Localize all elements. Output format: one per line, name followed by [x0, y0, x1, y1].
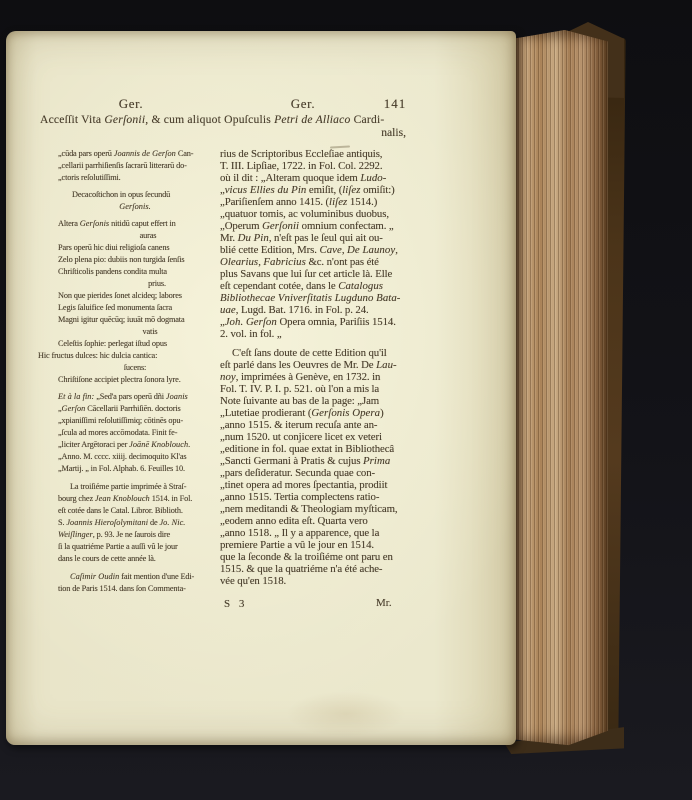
text-line: Decacoſtichon in opus ſecundū [72, 189, 212, 201]
text-line: Chriſticolis pandens condita multa [58, 266, 212, 278]
text-line: Legis ſaluifice ſed monumenta ſacra [58, 302, 212, 314]
text-line: Et à la fin: „Sed'a pars operū dñi Joani… [58, 391, 212, 403]
page-number: 141 [368, 96, 422, 112]
text-line: „Sancti Germani à Pratis & cujus Prima [220, 455, 462, 467]
running-header-left: Ger. [100, 96, 162, 112]
text-line: dans le cours de cette année là. [58, 553, 212, 565]
text-line: 2. vol. in fol. „ [220, 328, 462, 340]
text-line: T. III. Lipſiae, 1722. in Fol. Col. 2292… [220, 160, 462, 172]
scanned-book-photo: Ger. Ger. 141 Acceſſit Vita Gerſonii, & … [0, 0, 692, 800]
text-line: Fol. T. IV. P. I. p. 521. où l'on a mis … [220, 383, 462, 395]
running-header-right: Ger. [272, 96, 334, 112]
text-line: „xpianiſſimi reſolutiſſimiq; cōtinēs opu… [58, 415, 212, 427]
text-line: Olearius, Fabricius &c. n'ont pas été [220, 256, 462, 268]
book-fore-edge-pages [514, 30, 608, 748]
text-line: où il dit : „Alteram quoque idem Ludo- [220, 172, 462, 184]
text-line: eſt cotée dans le Catal. Libror. Bibliot… [58, 505, 212, 517]
text-line: S. Joannis Hieroſolymitani de Jo. Nic. [58, 517, 212, 529]
text-line: auras [84, 230, 212, 242]
text-line: noy, imprimées à Genève, en 1732. in [220, 371, 462, 383]
text-line: „eodem anno edita eſt. Quarta vero [220, 515, 462, 527]
text-line: bourg chez Jean Knoblouch 1514. in Fol. [58, 493, 212, 505]
left-column: „cūda pars operū Joannis de Gerſon Can-„… [58, 148, 212, 595]
text-line: blié cette Edition, Mrs. Cave, De Launoy… [220, 244, 462, 256]
text-line: „Lutetiae prodierant (Gerſonis Opera) [220, 407, 462, 419]
text-line: premiere Partie a vû le jour en 1514. [220, 539, 462, 551]
text-line: Note ſuivante au bas de la page: „Jam [220, 395, 462, 407]
text-line: Mr. Du Pin, n'eſt pas le ſeul qui ait ou… [220, 232, 462, 244]
text-line: „ſcula ad mores accōmodata. Finit fe- [58, 427, 212, 439]
text-line: Zelo plena pio: dubiis non turgida ſenſi… [58, 254, 212, 266]
text-line: „quatuor tomis, ac voluminibus duobus, [220, 208, 462, 220]
right-column: rius de Scriptoribus Eccleſiae antiquis,… [220, 148, 462, 587]
text-line: eſt cependant cotée, dans le Catalogus [220, 280, 462, 292]
text-line: „vicus Ellies du Pin emiſit, (liſez omiſ… [220, 184, 462, 196]
text-line: „cūda pars operū Joannis de Gerſon Can- [58, 148, 212, 160]
text-line: C'eſt ſans doute de cette Edition qu'il [232, 347, 462, 359]
text-line: 1515. & que la quatriéme n'a été ache- [220, 563, 462, 575]
text-line: „anno 1518. „ Il y a apparence, que la [220, 527, 462, 539]
text-line: „cellarii parrhiſienſis ſacrarū litterar… [58, 160, 212, 172]
text-line: ſucens: [58, 362, 212, 374]
text-line: Magni igitur quēcūq; iuuāt mō dogmata [58, 314, 212, 326]
text-line: „ctoris reſolutiſſimi. [58, 172, 212, 184]
text-line: Hic fructus dulces: hic dulcia cantica: [38, 350, 212, 362]
text-line: uae, Lugd. Bat. 1716. in Fol. p. 24. [220, 304, 462, 316]
text-line: Chriſtiſone accipiet plectra ſonora lyre… [58, 374, 212, 386]
paper-stain [286, 691, 406, 737]
text-line: Bibliothecae Vniverſitatis Lugduno Bata- [220, 292, 462, 304]
text-line: Celeſtis ſophie: perlegat iſtud opus [58, 338, 212, 350]
text-line: vatis [88, 326, 212, 338]
text-line: „anno 1515. Tertia complectens ratio- [220, 491, 462, 503]
signature-mark: S 3 [224, 598, 247, 610]
text-line: Caſimir Oudin fait mention d'une Edi- [70, 571, 212, 583]
text-line: „Pariſienſem anno 1415. (liſez 1514.) [220, 196, 462, 208]
text-line: Weiſlinger, p. 93. Je ne ſaurois dire [58, 529, 212, 541]
title-continuation-line-end: nalis, [336, 126, 406, 139]
text-line: Gerſonis. [58, 201, 212, 213]
text-line: vée qu'en 1518. [220, 575, 462, 587]
text-line: Non que pierides ſonet alcideq; labores [58, 290, 212, 302]
text-line: „Operum Gerſonii omnium confectam. „ [220, 220, 462, 232]
text-line: „Gerſon Cācellarii Parrhiſiēn. doctoris [58, 403, 212, 415]
text-line: plus Savans que lui ſur cet article là. … [220, 268, 462, 280]
text-line: que la ſeconde & la troiſiéme ont paru e… [220, 551, 462, 563]
text-line: „pars deſideratur. Secunda quae con- [220, 467, 462, 479]
text-line: „nem meditandi & Theologiam myſticam, [220, 503, 462, 515]
text-line: „editione in fol. quae extat in Biblioth… [220, 443, 462, 455]
text-line: „num 1520. ut conjicere licet ex veteri [220, 431, 462, 443]
title-continuation-line: Acceſſit Vita Gerſonii, & cum aliquot Op… [40, 113, 470, 126]
text-line: „liciter Argētoraci per Joānē Knoblouch. [58, 439, 212, 451]
text-line: „Joh. Gerſon Opera omnia, Pariſiis 1514. [220, 316, 462, 328]
text-line: „anno 1515. & iterum recuſa ante an- [220, 419, 462, 431]
text-line: prius. [102, 278, 212, 290]
text-line: La troiſiéme partie imprimée à Straſ- [70, 481, 212, 493]
text-line: rius de Scriptoribus Eccleſiae antiquis, [220, 148, 462, 160]
text-line: Altera Gerſonis nitidū caput effert in [58, 218, 212, 230]
text-line: eſt parlé dans les Oeuvres de Mr. De Lau… [220, 359, 462, 371]
catchword: Mr. [376, 597, 392, 609]
text-line: „tinet opera ad mores ſpectantia, prodii… [220, 479, 462, 491]
text-line: ſi la quatriéme Partie a auſſi vû le jou… [58, 541, 212, 553]
text-line: tion de Paris 1514. dans ſon Commenta- [58, 583, 212, 595]
text-line: Pars operū hic diui religioſa canens [58, 242, 212, 254]
text-line: „Anno. M. cccc. xiiij. decimoquito Kl'as [58, 451, 212, 463]
text-line: „Martij. „ in Fol. Alphab. 6. Feuilles 1… [58, 463, 212, 475]
